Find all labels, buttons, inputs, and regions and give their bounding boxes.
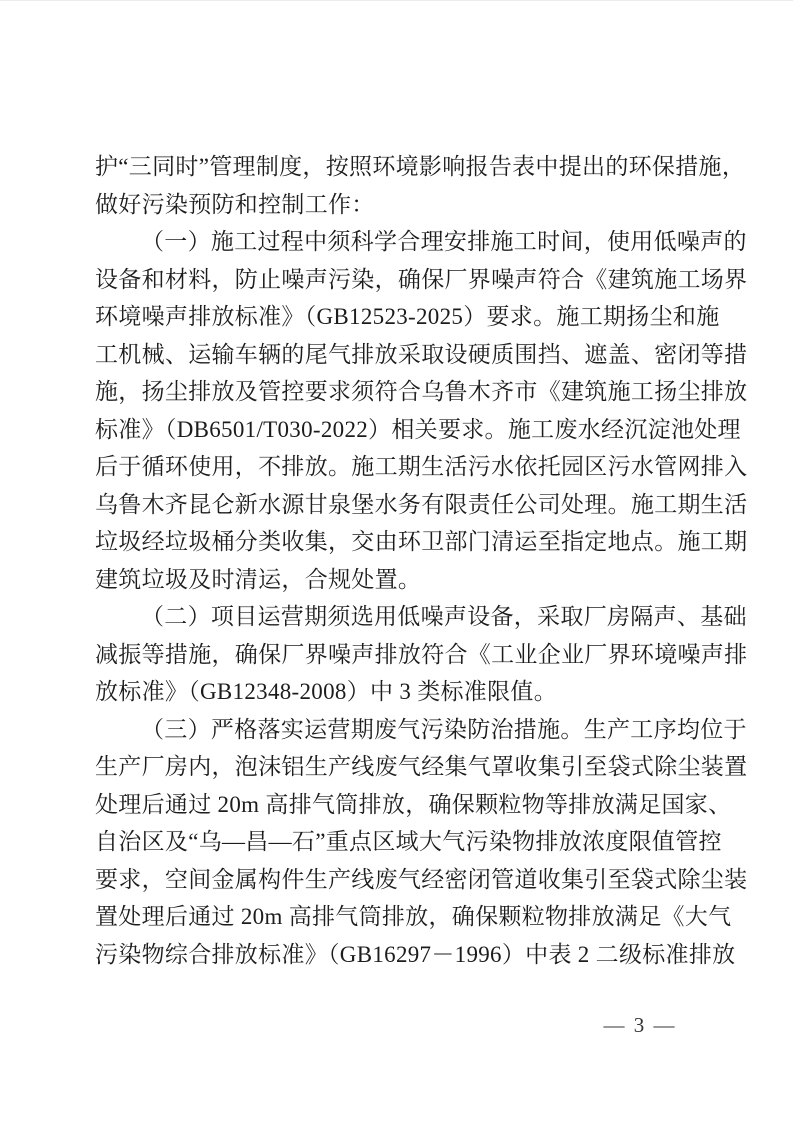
document-line: 设备和材料，防止噪声污染，确保厂界噪声符合《建筑施工场界	[95, 261, 701, 299]
document-line: 后于循环使用，不排放。施工期生活污水依托园区污水管网排入	[95, 448, 701, 486]
document-line: （三）严格落实运营期废气污染防治措施。生产工序均位于	[95, 711, 701, 749]
document-line: 生产厂房内，泡沫铝生产线废气经集气罩收集引至袋式除尘装置	[95, 748, 701, 786]
document-line: 处理后通过 20m 高排气筒排放，确保颗粒物等排放满足国家、	[95, 786, 701, 824]
document-line: 护“三同时”管理制度，按照环境影响报告表中提出的环保措施，	[95, 148, 701, 186]
document-line: 乌鲁木齐昆仑新水源甘泉堡水务有限责任公司处理。施工期生活	[95, 486, 701, 524]
document-line: （二）项目运营期须选用低噪声设备，采取厂房隔声、基础	[95, 598, 701, 636]
document-line: 要求，空间金属构件生产线废气经密闭管道收集引至袋式除尘装	[95, 861, 701, 899]
document-line: 自治区及“乌—昌—石”重点区域大气污染物排放浓度限值管控	[95, 823, 701, 861]
document-line: 减振等措施，确保厂界噪声排放符合《工业企业厂界环境噪声排	[95, 636, 701, 674]
document-line: 工机械、运输车辆的尾气排放采取设硬质围挡、遮盖、密闭等措	[95, 336, 701, 374]
document-line: 建筑垃圾及时清运，合规处置。	[95, 561, 701, 599]
document-line: 施，扬尘排放及管控要求须符合乌鲁木齐市《建筑施工扬尘排放	[95, 373, 701, 411]
document-line: 环境噪声排放标准》（GB12523-2025）要求。施工期扬尘和施	[95, 298, 701, 336]
document-line: 垃圾经垃圾桶分类收集，交由环卫部门清运至指定地点。施工期	[95, 523, 701, 561]
document-line: 置处理后通过 20m 高排气筒排放，确保颗粒物排放满足《大气	[95, 898, 701, 936]
document-line: 做好污染预防和控制工作：	[95, 186, 701, 224]
document-line: 放标准》（GB12348-2008）中 3 类标准限值。	[95, 673, 701, 711]
document-body: 护“三同时”管理制度，按照环境影响报告表中提出的环保措施， 做好污染预防和控制工…	[95, 148, 701, 973]
document-page: 护“三同时”管理制度，按照环境影响报告表中提出的环保措施， 做好污染预防和控制工…	[0, 0, 793, 1123]
page-number: — 3 —	[585, 1013, 695, 1038]
document-line: 标准》（DB6501/T030-2022）相关要求。施工废水经沉淀池处理	[95, 411, 701, 449]
document-line: （一）施工过程中须科学合理安排施工时间，使用低噪声的	[95, 223, 701, 261]
document-line: 污染物综合排放标准》（GB16297－1996）中表 2 二级标准排放	[95, 936, 701, 974]
